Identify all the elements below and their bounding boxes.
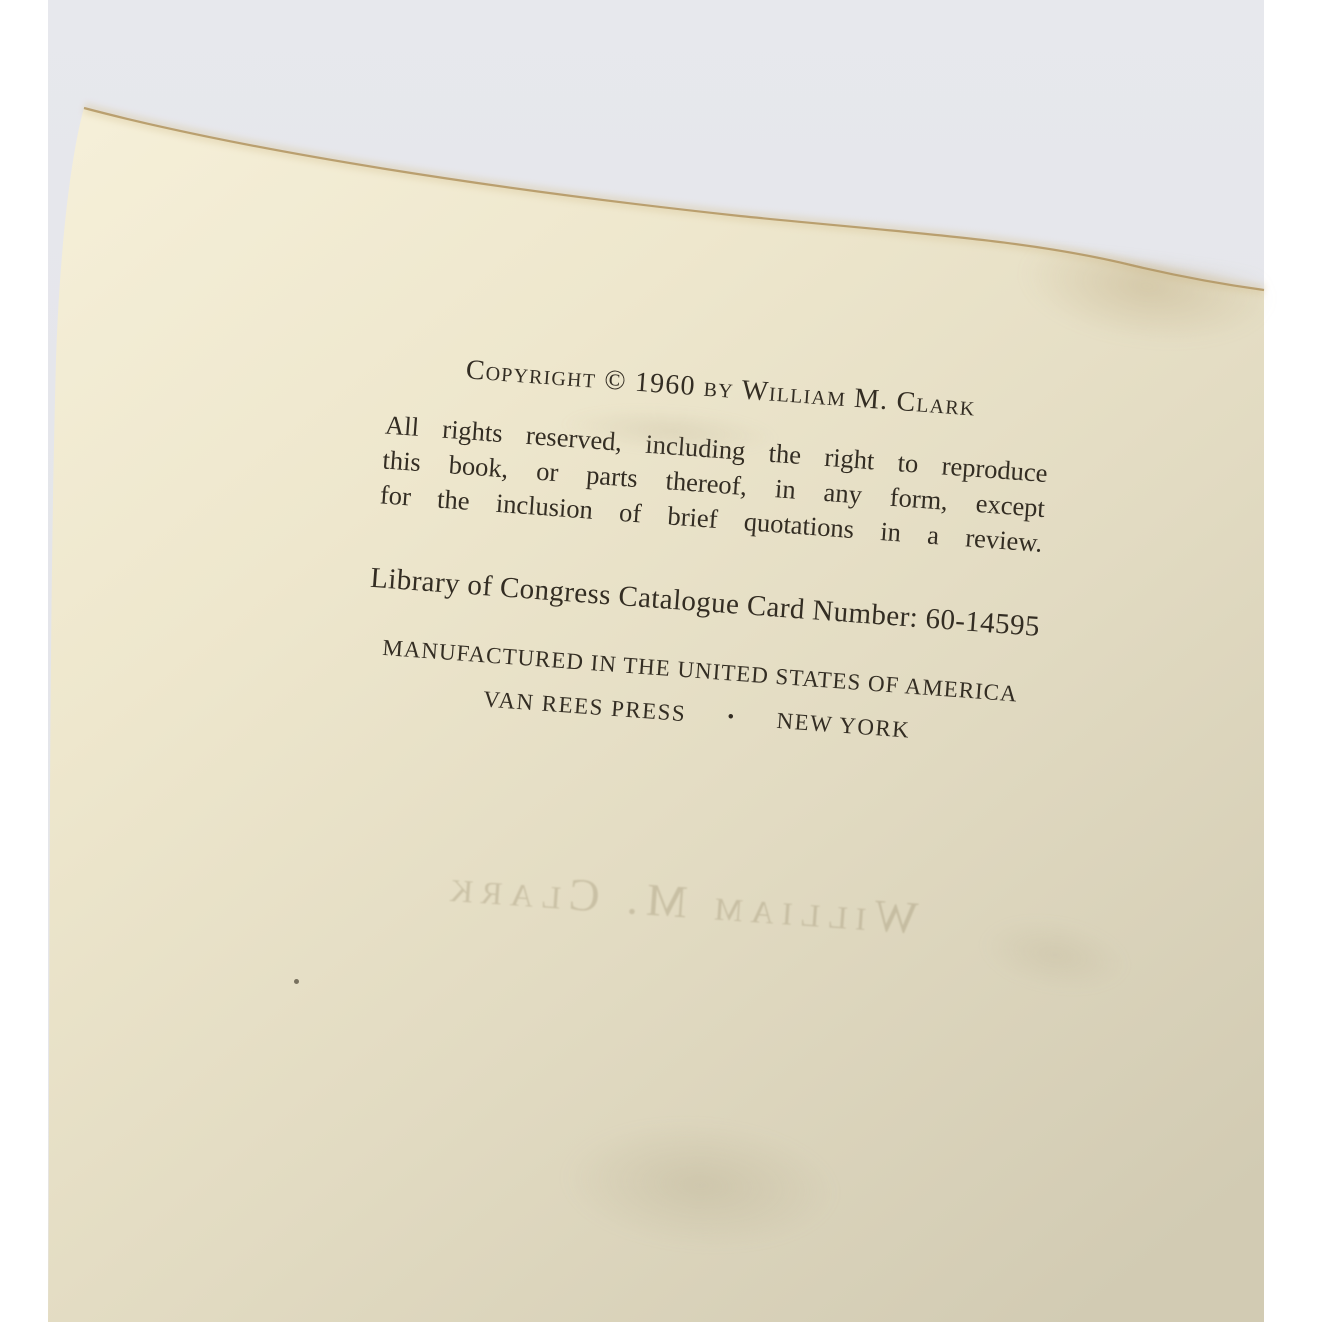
imprint-bullet-separator: • (727, 706, 737, 728)
rights-paragraph: All rights reserved, including the right… (379, 408, 1049, 561)
paper-speck (294, 979, 299, 984)
library-of-congress-line: Library of Congress Catalogue Card Numbe… (325, 557, 1086, 649)
book-copyright-page-photo: Copyright © 1960 by William M. Clark All… (0, 0, 1322, 1322)
copyright-page-text-block: Copyright © 1960 by William M. Clark All… (317, 344, 1101, 758)
